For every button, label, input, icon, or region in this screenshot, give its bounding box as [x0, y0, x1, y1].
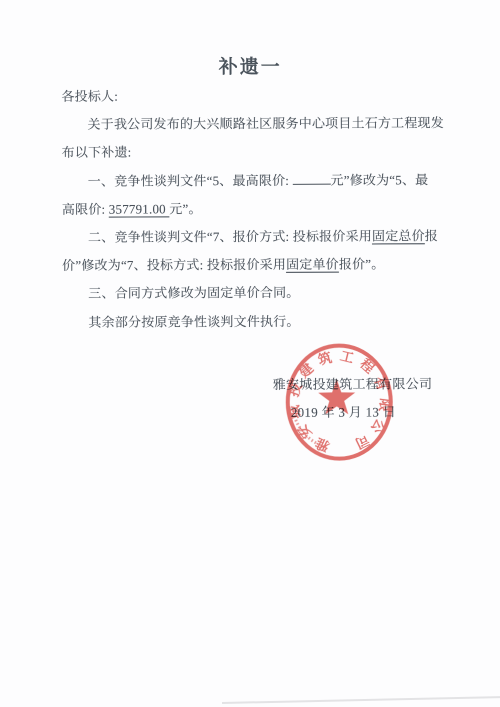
text-line: 高限价: 357791.00 元”。: [62, 194, 442, 224]
text-run: 关于我公司发布的大兴顺路社区服务中心项目土石方工程现发: [88, 115, 444, 132]
text-run: 高限价:: [62, 201, 109, 216]
underlined-text: 固定单价: [286, 257, 339, 272]
text-run: 二、竞争性谈判文件“7、报价方式: 投标报价采用: [88, 228, 372, 244]
underlined-text: 357791.00: [109, 201, 170, 216]
text-line: 各投标人:: [61, 81, 441, 111]
document-title: 补遗一: [0, 51, 500, 80]
blank-underline: [292, 171, 330, 184]
underlined-text: 固定总价: [372, 228, 425, 243]
document-content: 补遗一 各投标人:关于我公司发布的大兴顺路社区服务中心项目土石方工程现发布以下补…: [0, 0, 500, 707]
text-line: 其余部分按原竞争性谈判文件执行。: [62, 307, 442, 337]
scanned-document-page: 补遗一 各投标人:关于我公司发布的大兴顺路社区服务中心项目土石方工程现发布以下补…: [0, 0, 500, 707]
text-line: 一、竞争性谈判文件“5、最高限价: 元”修改为“5、最: [62, 166, 442, 196]
text-run: 三、合同方式修改为固定单价合同。: [88, 285, 299, 301]
text-run: 元”修改为“5、最: [330, 172, 428, 187]
text-line: 二、竞争性谈判文件“7、报价方式: 投标报价采用固定总价报: [62, 222, 442, 252]
text-run: 报价”。: [339, 257, 385, 272]
text-run: 其余部分按原竞争性谈判文件执行。: [88, 313, 299, 329]
text-line: 布以下补遗:: [62, 138, 442, 168]
text-run: 各投标人:: [61, 89, 118, 104]
text-run: 元”。: [169, 201, 201, 216]
text-run: 布以下补遗:: [62, 145, 132, 160]
text-line: 价”修改为“7、投标方式: 投标报价采用固定单价报价”。: [62, 250, 442, 280]
text-line: 关于我公司发布的大兴顺路社区服务中心项目土石方工程现发: [61, 109, 441, 139]
company-seal-stamp: 雅安城投建筑工程有限公司: [283, 341, 395, 462]
text-run: 一、竞争性谈判文件“5、最高限价:: [88, 172, 293, 188]
text-run: 报: [425, 228, 438, 243]
document-body: 各投标人:关于我公司发布的大兴顺路社区服务中心项目土石方工程现发布以下补遗:一、…: [61, 81, 442, 336]
text-run: 价”修改为“7、投标方式: 投标报价采用: [62, 257, 286, 273]
text-line: 三、合同方式修改为固定单价合同。: [62, 278, 442, 308]
star-icon: [318, 379, 355, 414]
